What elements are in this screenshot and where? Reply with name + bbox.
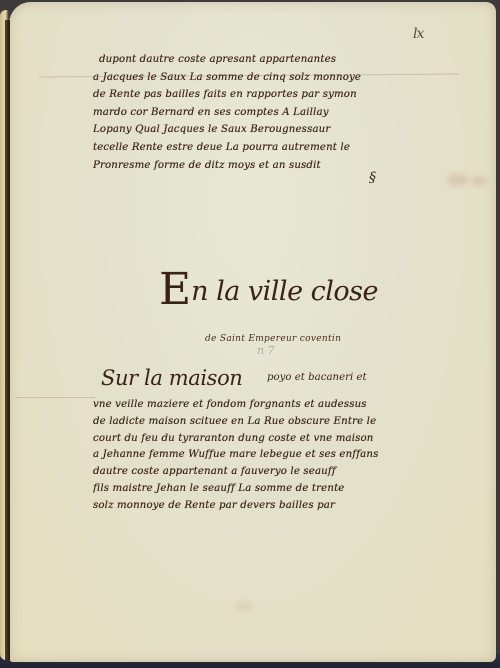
text-line: Pronresme forme de ditz moys et an susdi…	[93, 157, 389, 175]
section-heading: En la ville close	[159, 270, 378, 310]
text-line: Lopany Qual Jacques le Saux Berougnessau…	[93, 121, 389, 139]
text-line: mardo cor Bernard en ses comptes A Laill…	[93, 104, 389, 122]
manuscript-page: lx dupont dautre coste apresant apparten…	[9, 2, 496, 662]
decorated-initial: E	[159, 264, 191, 315]
text-line: solz monnoye de Rente par devers bailles…	[93, 498, 389, 515]
stain	[447, 174, 469, 186]
pencil-annotation: n 7	[257, 344, 275, 357]
text-line: a Jehanne femme Wuffue mare lebegue et s…	[93, 447, 389, 464]
folio-number: lx	[413, 26, 423, 42]
text-line: de ladicte maison scituee en La Rue obsc…	[93, 414, 389, 431]
text-line: court du feu du tyraranton dung coste et…	[93, 431, 389, 448]
text-line: tecelle Rente estre deue La pourra autre…	[93, 139, 389, 157]
stain	[234, 602, 254, 612]
section-subtitle: de Saint Empereur coventin	[205, 334, 341, 344]
section-title: n la ville close	[191, 276, 378, 307]
text-line: a Jacques le Saux La somme de cinq solz …	[93, 69, 389, 87]
text-line: dupont dautre coste apresant appartenant…	[93, 51, 389, 69]
entry-top: dupont dautre coste apresant appartenant…	[93, 51, 389, 174]
book-gutter	[5, 20, 10, 660]
entry-rubric: Sur la maison	[101, 366, 242, 390]
entry-bottom: vne veille maziere et fondom forgnants e…	[93, 397, 389, 515]
stain	[471, 176, 487, 186]
text-line: vne veille maziere et fondom forgnants e…	[93, 397, 389, 414]
rubric-continuation: poyo et bacaneri et	[267, 372, 367, 383]
paragraph-mark-icon: §	[369, 170, 376, 186]
text-line: dautre coste appartenant a fauveryo le s…	[93, 464, 389, 481]
ruling-line	[15, 397, 95, 398]
text-line: fils maistre Jehan le seauff La somme de…	[93, 481, 389, 498]
text-line: de Rente pas bailles faits en rapportes …	[93, 86, 389, 104]
